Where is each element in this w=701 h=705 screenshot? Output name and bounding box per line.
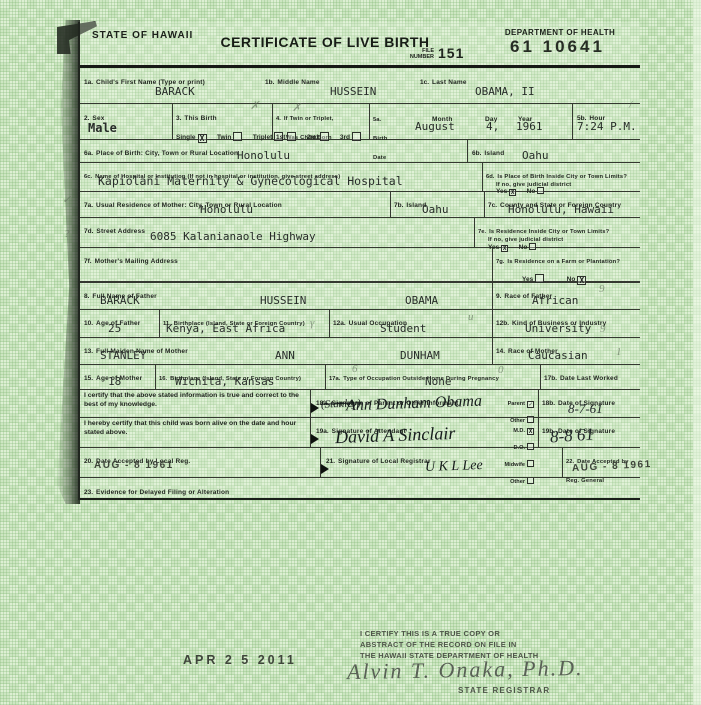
row-hospital: 6c.Name of Hospital or Institution (If n… [80, 163, 640, 192]
informant-signature: Ann Dunham Obama [346, 393, 483, 416]
mother-middle-name: ANN [275, 349, 295, 362]
birth-year: 1961 [516, 120, 543, 133]
residence-city: Honolulu [200, 203, 253, 216]
pencil-mark: / [629, 99, 632, 111]
birth-city: Honolulu [237, 149, 290, 162]
scanned-birth-certificate: { "header": { "state": "STATE OF HAWAII"… [0, 0, 701, 705]
pencil-mark: ✗ [250, 99, 259, 112]
local-registrar-signature: U K L Lee [425, 458, 483, 476]
checkbox-7g-yes [535, 274, 544, 283]
hospital-name: Kapiolani Maternity & Gynecological Hosp… [98, 174, 403, 188]
pencil-mark: 9 [600, 323, 606, 335]
state-registrar-signature: Alvin T. Onaka, Ph.D. [347, 655, 584, 685]
pencil-mark: ✗ [292, 101, 301, 114]
father-first-name: BARACK [100, 294, 140, 307]
pencil-mark: γ [310, 317, 314, 329]
attendant-signature: David A Sinclair [335, 423, 456, 448]
certify-statement-1: I certify that the above stated informat… [84, 392, 306, 410]
mother-last-name: DUNHAM [400, 349, 440, 362]
pencil-mark: 6 [352, 363, 358, 375]
father-occupation: Student [380, 322, 426, 335]
pencil-mark: ? [64, 228, 70, 240]
certify-statement-2: I hereby certify that this child was bor… [84, 420, 306, 438]
mother-birthplace: Wichita, Kansas [175, 375, 274, 388]
file-number-label: FILE NUMBER [398, 48, 434, 61]
residence-county-state: Honolulu, Hawaii [508, 203, 614, 216]
arrow-icon [321, 464, 329, 474]
row-place-of-birth: 6a.Place of Birth: City, Town or Rural L… [80, 140, 640, 163]
row-mother-name: 13.Full Maiden Name of Mother STANLEY AN… [80, 338, 640, 365]
row-delayed-filing: 23.Evidence for Delayed Filing or Altera… [80, 478, 640, 500]
row-residence: 7a.Usual Residence of Mother: City, Town… [80, 192, 640, 218]
street-address: 6085 Kalanianaole Highway [150, 230, 316, 243]
row-street-address: 7d.Street Address 6085 Kalanianaole High… [80, 218, 640, 248]
father-birthplace: Kenya, East Africa [166, 322, 285, 335]
father-middle-name: HUSSEIN [260, 294, 306, 307]
row-father-details: 10.Age of Father 25 11.Birthplace (Islan… [80, 310, 640, 338]
row-acceptance: 20.Date Accepted by Local Reg. AUG - 8 1… [80, 448, 640, 478]
scan-edge [693, 0, 701, 705]
child-first-name: BARACK [155, 85, 195, 98]
row-father-name: 8.Full Name of Father BARACK HUSSEIN OBA… [80, 283, 640, 310]
arrow-icon [311, 434, 319, 444]
mother-race: Caucasian [528, 349, 588, 362]
pencil-mark: ✓ [62, 193, 71, 206]
father-last-name: OBAMA [405, 294, 438, 307]
child-middle-name: HUSSEIN [330, 85, 376, 98]
pencil-mark: 9 [599, 283, 605, 295]
certificate-serial-number: 61 10641 [510, 37, 605, 57]
informant-signature-date: 8-7-61 [568, 401, 603, 417]
sex-value: Male [88, 121, 117, 135]
birth-day: 4, [486, 120, 499, 133]
child-last-name: OBAMA, II [475, 85, 535, 98]
birth-island: Oahu [522, 149, 549, 162]
residence-island: Oahu [422, 203, 449, 216]
row-sex-birthdate: 2.Sex Male 3.This Birth SingleX Twin Tri… [80, 104, 640, 140]
department-name: DEPARTMENT OF HEALTH [504, 28, 616, 37]
certificate-form: STATE OF HAWAII CERTIFICATE OF LIVE BIRT… [78, 22, 640, 500]
mother-age: 18 [108, 375, 121, 388]
checkbox-md: X [527, 428, 534, 435]
row-mother-details: 15.Age of Mother 18 16.Birthplace (Islan… [80, 365, 640, 390]
pencil-mark: 1 [616, 346, 622, 358]
birth-month: August [415, 120, 455, 133]
father-industry: University [525, 322, 591, 335]
state-name: STATE OF HAWAII [92, 30, 193, 41]
birth-hour: 7:24 P.M. [577, 120, 637, 133]
file-number-value: 151 [438, 45, 464, 61]
row-child-name: 1a.Child's First Name (Type or print) 1b… [80, 68, 640, 104]
mother-first-name: STANLEY [100, 349, 146, 362]
checkbox-parent: ✓ [527, 401, 534, 408]
state-registrar-title: STATE REGISTRAR [458, 686, 550, 695]
form-header: STATE OF HAWAII CERTIFICATE OF LIVE BIRT… [80, 22, 640, 68]
row-attendant-signature: I hereby certify that this child was bor… [80, 418, 640, 448]
row-mailing-address: 7f.Mother's Mailing Address 7g.Is Reside… [80, 248, 640, 283]
pencil-mark: u [468, 311, 474, 323]
received-date-stamp: APR 2 5 2011 [183, 653, 297, 667]
local-reg-date-stamp: AUG - 8 1961 [94, 460, 174, 471]
row-informant-signature: I certify that the above stated informat… [80, 390, 640, 418]
arrow-icon [311, 403, 319, 413]
mother-occupation: None [425, 375, 452, 388]
attendant-signature-date: 8-8 61 [549, 424, 594, 447]
page-curl-shadow [56, 20, 80, 504]
pencil-mark: > [608, 256, 615, 268]
father-race: African [532, 294, 578, 307]
pencil-mark: 0 [498, 364, 504, 376]
father-age: 25 [108, 322, 121, 335]
